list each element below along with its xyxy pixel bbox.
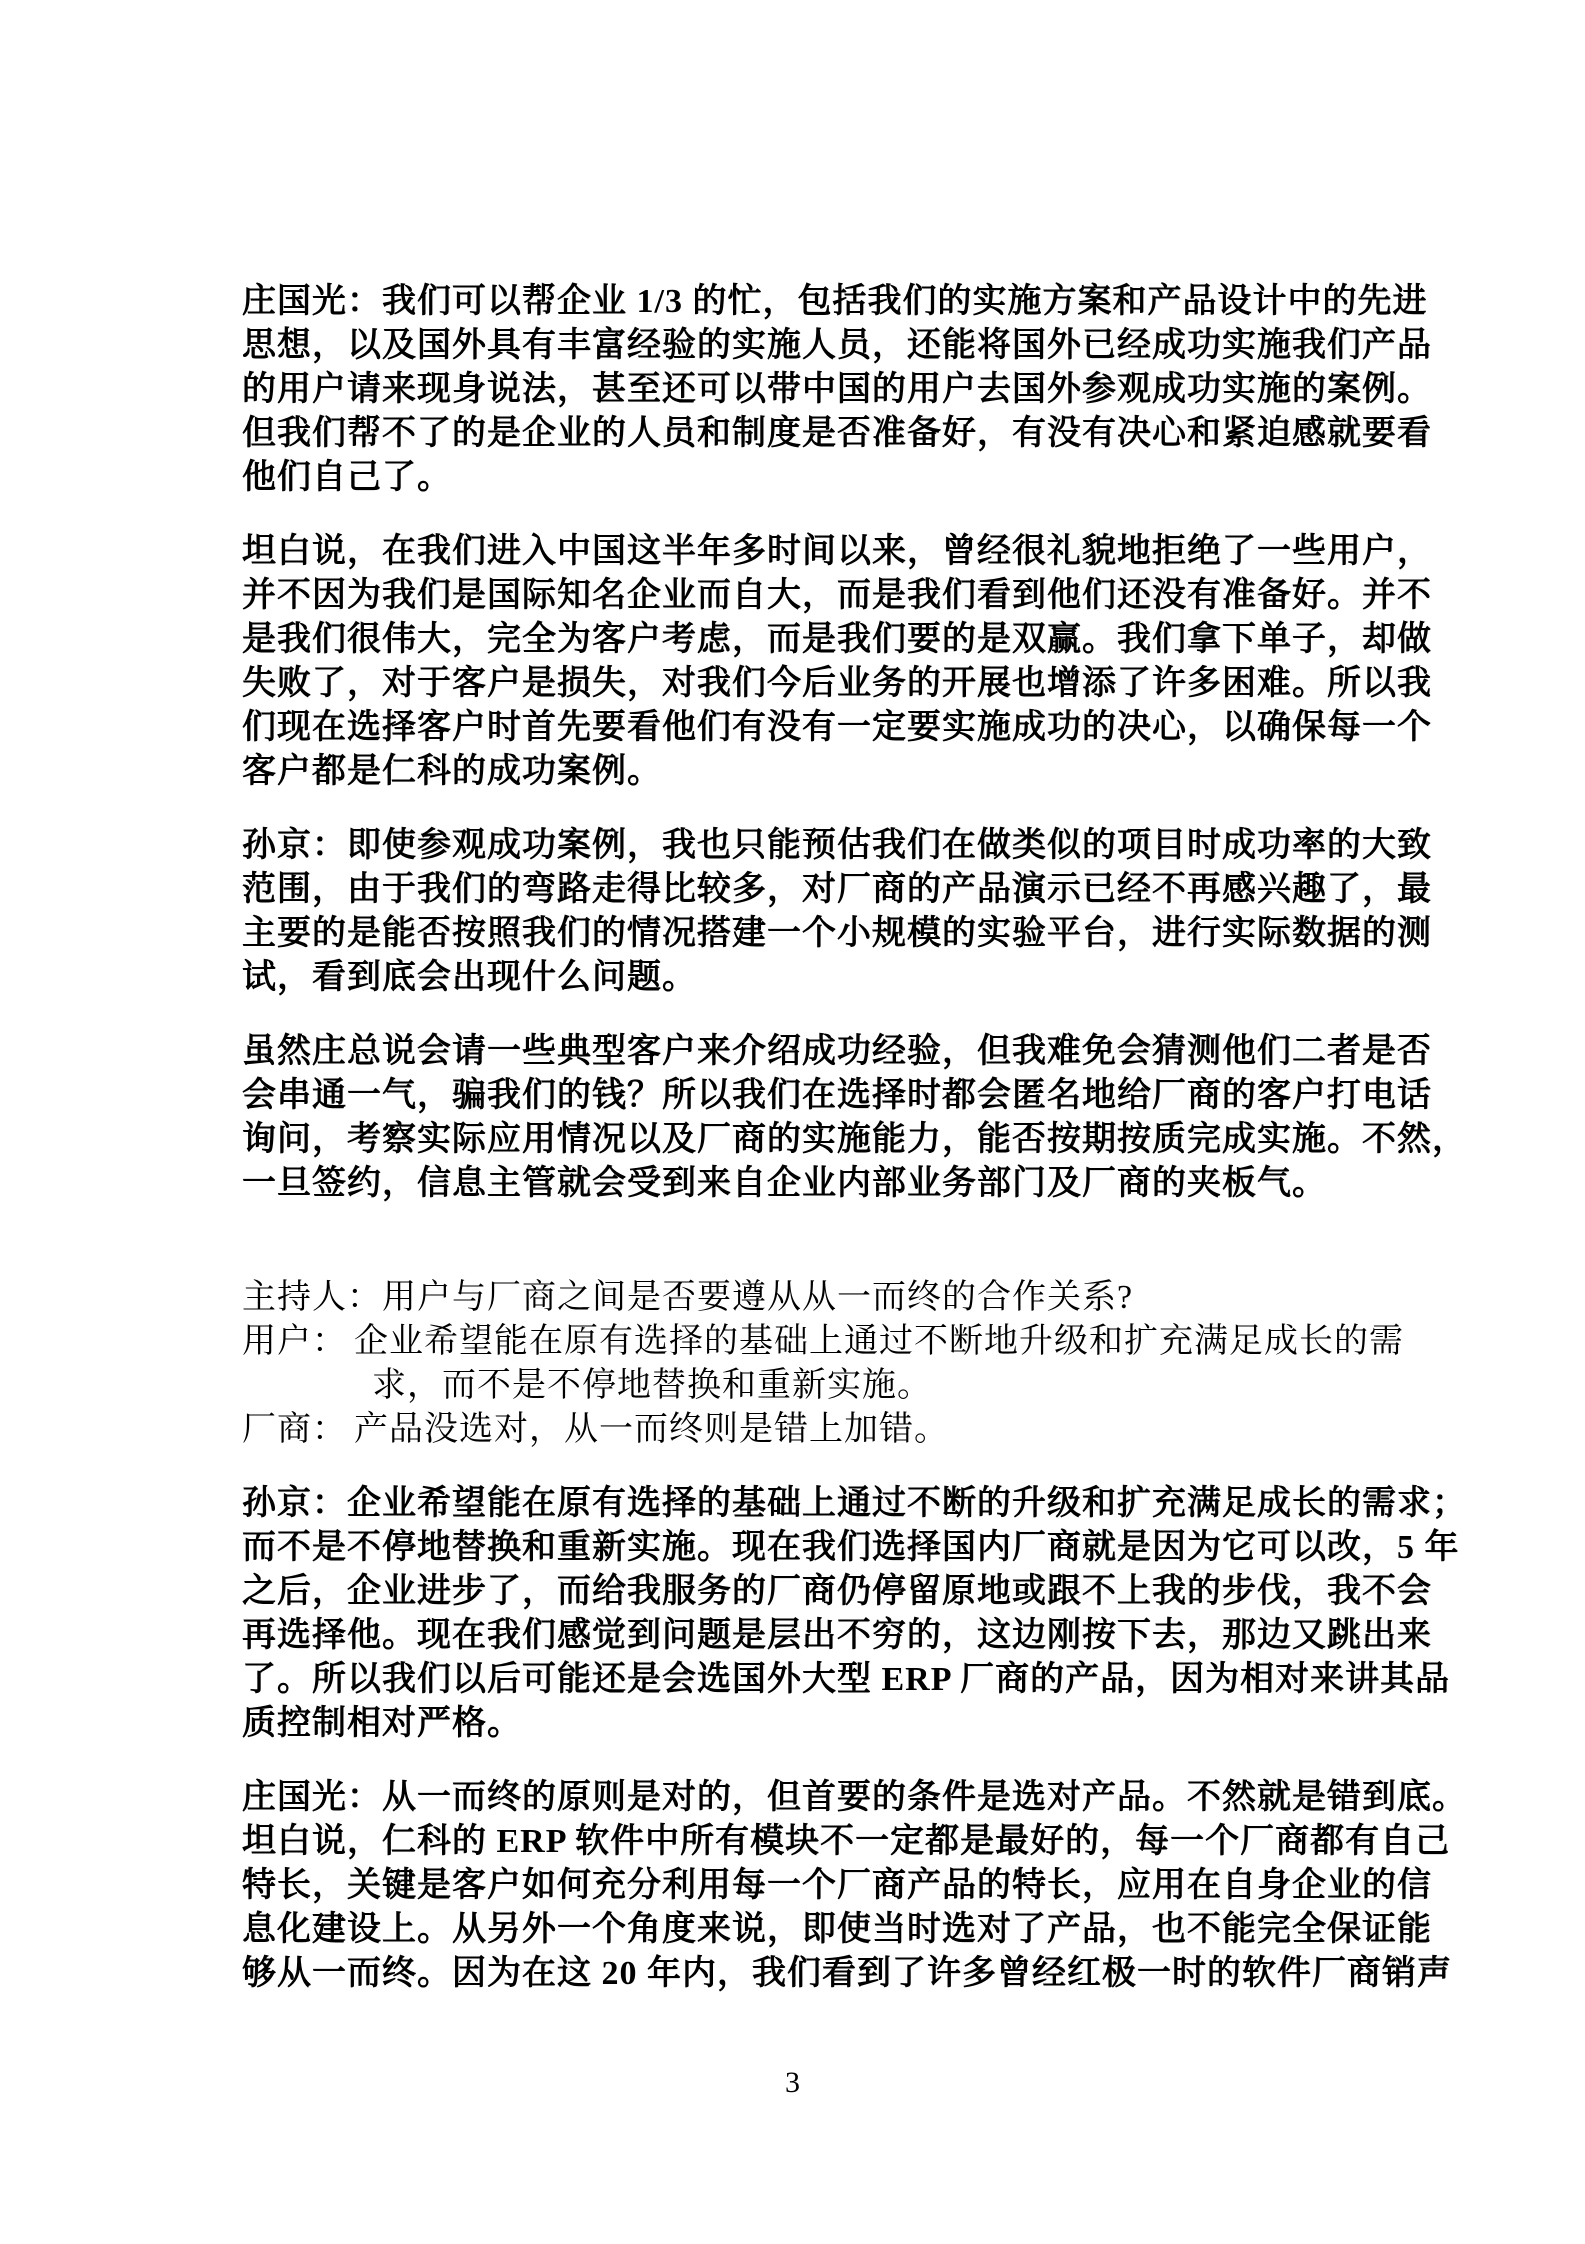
text-line: 特长，关键是客户如何充分利用每一个厂商产品的特长，应用在自身企业的信	[242, 1864, 1422, 1908]
text-line: 而不是不停地替换和重新实施。现在我们选择国内厂商就是因为它可以改，5 年	[242, 1526, 1422, 1570]
text-line: 产品没选对，从一而终则是错上加错。	[354, 1408, 1422, 1452]
qa-block: 主持人：用户与厂商之间是否要遵从从一而终的合作关系?用户：企业希望能在原有选择的…	[242, 1276, 1422, 1452]
qa-row: 主持人：用户与厂商之间是否要遵从从一而终的合作关系?	[242, 1276, 1422, 1320]
text-line: 试，看到底会出现什么问题。	[242, 956, 1422, 1000]
text-line: 了。所以我们以后可能还是会选国外大型 ERP 厂商的产品，因为相对来讲其品	[242, 1658, 1422, 1702]
text-line: 够从一而终。因为在这 20 年内，我们看到了许多曾经红极一时的软件厂商销声	[242, 1952, 1422, 1996]
page-number: 3	[0, 2064, 1585, 2102]
text-line: 用户与厂商之间是否要遵从从一而终的合作关系?	[382, 1276, 1422, 1320]
qa-row: 厂商：产品没选对，从一而终则是错上加错。	[242, 1408, 1422, 1452]
text-line: 一旦签约，信息主管就会受到来自企业内部业务部门及厂商的夹板气。	[242, 1162, 1422, 1206]
text-line: 失败了，对于客户是损失，对我们今后业务的开展也增添了许多困难。所以我	[242, 662, 1422, 706]
paragraph-sunjing-1: 孙京：即使参观成功案例，我也只能预估我们在做类似的项目时成功率的大致范围，由于我…	[242, 824, 1422, 1000]
paragraph-sunjing-2: 孙京：企业希望能在原有选择的基础上通过不断的升级和扩充满足成长的需求；而不是不停…	[242, 1482, 1422, 1746]
text-line: 是我们很伟大，完全为客户考虑，而是我们要的是双赢。我们拿下单子，却做	[242, 618, 1422, 662]
qa-row-content: 产品没选对，从一而终则是错上加错。	[354, 1408, 1422, 1452]
document-page: 庄国光：我们可以帮企业 1/3 的忙，包括我们的实施方案和产品设计中的先进思想，…	[0, 0, 1585, 2244]
text-line: 会串通一气，骗我们的钱？所以我们在选择时都会匿名地给厂商的客户打电话	[242, 1074, 1422, 1118]
text-line: 之后，企业进步了，而给我服务的厂商仍停留原地或跟不上我的步伐，我不会	[242, 1570, 1422, 1614]
text-line: 范围，由于我们的弯路走得比较多，对厂商的产品演示已经不再感兴趣了，最	[242, 868, 1422, 912]
qa-row: 用户：企业希望能在原有选择的基础上通过不断地升级和扩充满足成长的需求，而不是不停…	[242, 1320, 1422, 1408]
text-line: 庄国光：从一而终的原则是对的，但首要的条件是选对产品。不然就是错到底。	[242, 1776, 1422, 1820]
paragraph-zhuang-guoguang-1: 庄国光：我们可以帮企业 1/3 的忙，包括我们的实施方案和产品设计中的先进思想，…	[242, 280, 1422, 500]
text-line: 并不因为我们是国际知名企业而自大，而是我们看到他们还没有准备好。并不	[242, 574, 1422, 618]
qa-row-content: 用户与厂商之间是否要遵从从一而终的合作关系?	[382, 1276, 1422, 1320]
text-line: 息化建设上。从另外一个角度来说，即使当时选对了产品，也不能完全保证能	[242, 1908, 1422, 1952]
text-line: 他们自己了。	[242, 456, 1422, 500]
qa-row-label: 主持人：	[242, 1276, 382, 1320]
text-line: 询问，考察实际应用情况以及厂商的实施能力，能否按期按质完成实施。不然，	[242, 1118, 1422, 1162]
text-line: 求，而不是不停地替换和重新实施。	[372, 1364, 1422, 1408]
text-line: 企业希望能在原有选择的基础上通过不断地升级和扩充满足成长的需	[354, 1320, 1422, 1364]
text-line: 们现在选择客户时首先要看他们有没有一定要实施成功的决心，以确保每一个	[242, 706, 1422, 750]
text-line: 客户都是仁科的成功案例。	[242, 750, 1422, 794]
text-line: 的用户请来现身说法，甚至还可以带中国的用户去国外参观成功实施的案例。	[242, 368, 1422, 412]
paragraph-zhuang-guoguang-2: 庄国光：从一而终的原则是对的，但首要的条件是选对产品。不然就是错到底。坦白说，仁…	[242, 1776, 1422, 1996]
text-line: 坦白说，在我们进入中国这半年多时间以来，曾经很礼貌地拒绝了一些用户，	[242, 530, 1422, 574]
text-line: 主要的是能否按照我们的情况搭建一个小规模的实验平台，进行实际数据的测	[242, 912, 1422, 956]
qa-row-label: 厂商：	[242, 1408, 354, 1452]
text-line: 坦白说，仁科的 ERP 软件中所有模块不一定都是最好的，每一个厂商都有自己	[242, 1820, 1422, 1864]
paragraph-suiran: 虽然庄总说会请一些典型客户来介绍成功经验，但我难免会猜测他们二者是否会串通一气，…	[242, 1030, 1422, 1206]
text-line: 孙京：企业希望能在原有选择的基础上通过不断的升级和扩充满足成长的需求；	[242, 1482, 1422, 1526]
paragraph-tanbaishuo: 坦白说，在我们进入中国这半年多时间以来，曾经很礼貌地拒绝了一些用户，并不因为我们…	[242, 530, 1422, 794]
text-line: 质控制相对严格。	[242, 1702, 1422, 1746]
text-line: 虽然庄总说会请一些典型客户来介绍成功经验，但我难免会猜测他们二者是否	[242, 1030, 1422, 1074]
text-line: 但我们帮不了的是企业的人员和制度是否准备好，有没有决心和紧迫感就要看	[242, 412, 1422, 456]
text-line: 庄国光：我们可以帮企业 1/3 的忙，包括我们的实施方案和产品设计中的先进	[242, 280, 1422, 324]
document-content: 庄国光：我们可以帮企业 1/3 的忙，包括我们的实施方案和产品设计中的先进思想，…	[242, 280, 1422, 2026]
text-line: 孙京：即使参观成功案例，我也只能预估我们在做类似的项目时成功率的大致	[242, 824, 1422, 868]
text-line: 再选择他。现在我们感觉到问题是层出不穷的，这边刚按下去，那边又跳出来	[242, 1614, 1422, 1658]
qa-row-content: 企业希望能在原有选择的基础上通过不断地升级和扩充满足成长的需求，而不是不停地替换…	[354, 1320, 1422, 1408]
qa-row-label: 用户：	[242, 1320, 354, 1364]
text-line: 思想，以及国外具有丰富经验的实施人员，还能将国外已经成功实施我们产品	[242, 324, 1422, 368]
